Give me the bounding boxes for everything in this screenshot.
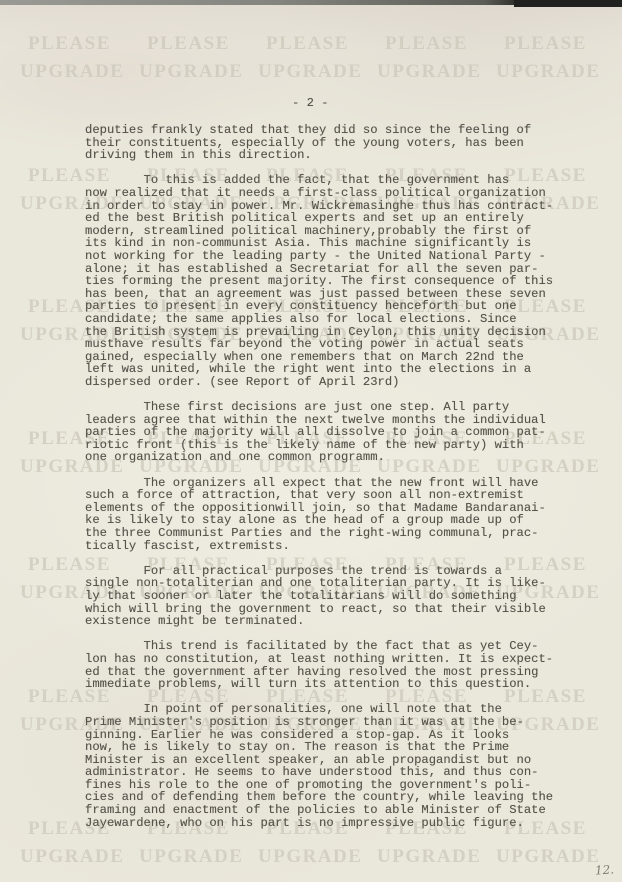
document-content: - 2 - deputies frankly stated that they … — [0, 0, 622, 882]
text-line: administrator. He seems to have understo… — [85, 766, 585, 779]
page-number: - 2 - — [292, 97, 329, 110]
text-line: candidate; the same applies also for loc… — [85, 313, 585, 326]
text-line: now, he is likely to stay on. The reason… — [85, 741, 585, 754]
text-line: framing and enactment of the policies to… — [85, 804, 585, 817]
paragraph: This trend is facilitated by the fact th… — [85, 640, 585, 690]
text-line: existence might be terminated. — [85, 615, 585, 628]
paragraph: These first decisions are just one step.… — [85, 401, 585, 464]
document-body: deputies frankly stated that they did so… — [85, 124, 585, 842]
paragraph: To this is added the fact, that the gove… — [85, 174, 585, 388]
text-line: the three Communist Parties and the righ… — [85, 527, 585, 540]
text-line: now realized that it needs a first-class… — [85, 187, 585, 200]
text-line: immediate problems, will turn its attent… — [85, 678, 585, 691]
text-line: such a force of attraction, that very so… — [85, 489, 585, 502]
scanned-document-page: { "watermark": { "word_top": "PLEASE", "… — [0, 0, 622, 882]
text-line: one organization and one common programm… — [85, 451, 585, 464]
paragraph: In point of personalities, one will note… — [85, 703, 585, 829]
text-line: musthave results far beyond the voting p… — [85, 338, 585, 351]
scan-edge-corner-artifact — [514, 0, 622, 7]
paragraph: deputies frankly stated that they did so… — [85, 124, 585, 162]
text-line: lon has no constitution, at least nothin… — [85, 653, 585, 666]
text-line: parties of the majority will all dissolv… — [85, 426, 585, 439]
text-line: ly that sooner or later the totalitarian… — [85, 590, 585, 603]
paragraph: For all practical purposes the trend is … — [85, 565, 585, 628]
text-line: ed the best British political experts an… — [85, 212, 585, 225]
text-line: Prime Minister's position is stronger th… — [85, 716, 585, 729]
text-line: ties forming the present majority. The f… — [85, 275, 585, 288]
text-line: left was united, while the right went in… — [85, 363, 585, 376]
text-line: driving them in this direction. — [85, 149, 585, 162]
text-line: tically fascist, extremists. — [85, 540, 585, 553]
text-line: deputies frankly stated that they did so… — [85, 124, 585, 137]
text-line: These first decisions are just one step.… — [85, 401, 585, 414]
text-line: dispersed order. (see Report of April 23… — [85, 376, 585, 389]
text-line: Jayewardene, who on his part is no impre… — [85, 817, 585, 830]
text-line: not working for the leading party - the … — [85, 250, 585, 263]
paragraph: The organizers all expect that the new f… — [85, 477, 585, 553]
handwritten-page-annotation: 12. — [594, 862, 614, 877]
